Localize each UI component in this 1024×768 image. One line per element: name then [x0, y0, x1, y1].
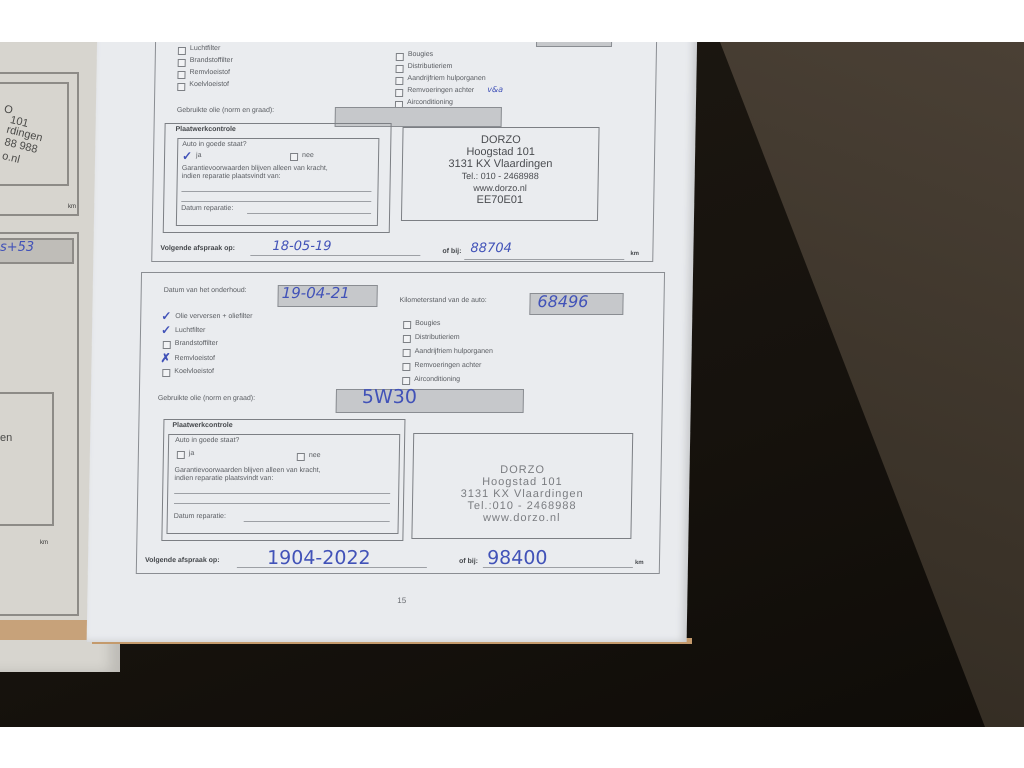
date-label-text: Datum van het onderhoud:	[164, 287, 247, 294]
repair-date-line	[247, 213, 371, 214]
left-stamp-fragment: en	[0, 432, 12, 445]
stamp-city: 3131 KX Vlaardingen	[413, 488, 631, 500]
stamp-phone: Tel.:010 - 2468988	[413, 500, 631, 512]
or-at-value: 98400	[487, 547, 548, 569]
stamp-dorzo-bottom: DORZO Hoogstad 101 3131 KX Vlaardingen T…	[413, 464, 632, 524]
stamp-street: Hoogstad 101	[413, 476, 631, 488]
checkbox-distributieriem[interactable]	[403, 335, 411, 343]
body-check-inner: Auto in goede staat? ✓ ja nee Garantievo…	[176, 138, 380, 226]
stamp-web: www.dorzo.nl	[402, 182, 597, 194]
stamp-name: DORZO	[413, 464, 631, 476]
label-koelvloeistof: Koelvloeistof	[174, 368, 214, 375]
checkbox-brandstoffilter[interactable]	[163, 341, 171, 349]
label-brandstoffilter: Brandstoffilter	[190, 57, 233, 64]
body-check-question: Auto in goede staat?	[175, 437, 239, 444]
warranty-text: indien reparatie plaatsvindt van:	[182, 173, 281, 180]
label-ja: ja	[196, 152, 202, 159]
km-unit: km	[630, 251, 639, 257]
checkbox-aandrijfriem[interactable]	[395, 77, 403, 85]
repair-line	[174, 493, 390, 494]
checkmark-icon: ✗	[160, 351, 170, 365]
right-page: Luchtfilter Brandstoffilter Remvloeistof…	[87, 42, 698, 642]
left-stamp-box-2	[0, 392, 54, 526]
label-bougies: Bougies	[415, 320, 440, 327]
repair-date-label: Datum reparatie:	[174, 513, 226, 520]
body-check-box-top: Plaatwerkcontrole Auto in goede staat? ✓…	[163, 123, 392, 233]
body-check-question: Auto in goede staat?	[182, 141, 246, 148]
checkmark-icon: ✓	[161, 309, 171, 323]
photo: O 101 rdingen 88 988 o.nl km s+53 en km …	[0, 42, 1024, 727]
warranty-text: indien reparatie plaatsvindt van:	[174, 475, 273, 482]
remvoeringen-note: v&a	[487, 85, 503, 94]
date-value: 19-04-21	[282, 284, 350, 302]
label-remvloeistof: Remvloeistof	[174, 355, 215, 362]
oil-value: 5W30	[362, 386, 417, 408]
date-label: Datum van het onderhoud:	[164, 287, 247, 295]
checkbox-nee[interactable]	[297, 453, 305, 461]
checkmark-icon: ✓	[161, 323, 171, 337]
repair-date-line	[244, 521, 390, 522]
km-field-top[interactable]	[536, 42, 612, 47]
stamp-box-top: DORZO Hoogstad 101 3131 KX Vlaardingen T…	[401, 127, 600, 221]
checkbox-remvloeistof[interactable]	[177, 71, 185, 79]
next-appointment-value: 1904-2022	[267, 547, 371, 569]
stamp-code: EE70E01	[402, 194, 597, 206]
odometer-label: Kilometerstand van de auto:	[399, 297, 486, 304]
label-airconditioning: Airconditioning	[414, 376, 460, 383]
body-check-title: Plaatwerkcontrole	[172, 422, 232, 429]
label-airconditioning: Airconditioning	[407, 99, 453, 106]
checkbox-bougies[interactable]	[396, 53, 404, 61]
checkbox-airconditioning[interactable]	[402, 377, 410, 385]
warranty-text: Garantievoorwaarden blijven alleen van k…	[175, 467, 321, 474]
checkbox-remvoeringen[interactable]	[395, 89, 403, 97]
checkbox-nee[interactable]	[290, 153, 298, 161]
label-koelvloeistof: Koelvloeistof	[189, 81, 229, 88]
stamp-phone: Tel.: 010 - 2468988	[403, 170, 598, 182]
next-appointment-label: Volgende afspraak op:	[160, 245, 235, 252]
odometer-value: 68496	[537, 292, 588, 311]
checkbox-luchtfilter[interactable]	[178, 47, 186, 55]
or-at-label: of bij:	[459, 558, 478, 565]
checkbox-koelvloeistof[interactable]	[162, 369, 170, 377]
service-entry-top: Luchtfilter Brandstoffilter Remvloeistof…	[151, 42, 657, 262]
service-entry-bottom: Datum van het onderhoud: 19-04-21 Kilome…	[136, 272, 665, 574]
label-remvoeringen: Remvoeringen achter	[407, 87, 474, 94]
label-aandrijfriem: Aandrijfriem hulporganen	[415, 348, 493, 355]
left-km-label: km	[68, 204, 76, 210]
repair-line	[181, 191, 371, 192]
checkmark-icon: ✓	[182, 149, 192, 163]
or-at-label: of bij:	[442, 248, 461, 255]
checkbox-aandrijfriem[interactable]	[403, 349, 411, 357]
label-luchtfilter: Luchtfilter	[175, 327, 205, 334]
km-unit: km	[635, 560, 644, 566]
stamp-dorzo-top: DORZO Hoogstad 101 3131 KX Vlaardingen T…	[402, 134, 598, 206]
page-number: 15	[397, 596, 406, 605]
repair-line	[181, 201, 371, 202]
body-check-box-bottom: Plaatwerkcontrole Auto in goede staat? j…	[161, 419, 405, 541]
left-handwriting: s+53	[0, 240, 34, 255]
label-nee: nee	[309, 452, 321, 459]
checkbox-koelvloeistof[interactable]	[177, 83, 185, 91]
warranty-text: Garantievoorwaarden blijven alleen van k…	[182, 165, 328, 172]
stamp-box-bottom: DORZO Hoogstad 101 3131 KX Vlaardingen T…	[411, 433, 633, 539]
repair-line	[174, 503, 390, 504]
label-aandrijfriem: Aandrijfriem hulporganen	[407, 75, 485, 82]
label-bougies: Bougies	[408, 51, 433, 58]
next-appointment-line	[250, 255, 420, 256]
oil-label-top: Gebruikte olie (norm en graad):	[177, 107, 274, 114]
body-check-inner: Auto in goede staat? ja nee Garantievoor…	[166, 434, 400, 534]
next-appointment-value: 18-05-19	[272, 239, 331, 254]
label-brandstoffilter: Brandstoffilter	[175, 340, 218, 347]
stamp-web: www.dorzo.nl	[413, 512, 631, 524]
body-check-title: Plaatwerkcontrole	[175, 126, 235, 133]
checkbox-bougies[interactable]	[403, 321, 411, 329]
label-distributieriem: Distributieriem	[415, 334, 460, 341]
label-luchtfilter: Luchtfilter	[190, 45, 220, 52]
stamp-city: 3131 KX Vlaardingen	[403, 158, 598, 170]
checkbox-ja[interactable]	[177, 451, 185, 459]
stamp-street: Hoogstad 101	[403, 146, 598, 158]
label-ja: ja	[189, 450, 195, 457]
label-remvloeistof: Remvloeistof	[189, 69, 230, 76]
or-at-line	[464, 259, 624, 260]
checkbox-distributieriem[interactable]	[396, 65, 404, 73]
stamp-name: DORZO	[403, 134, 598, 146]
checkbox-remvoeringen[interactable]	[402, 363, 410, 371]
next-appointment-label: Volgende afspraak op:	[145, 557, 220, 564]
checkbox-brandstoffilter[interactable]	[178, 59, 186, 67]
label-distributieriem: Distributieriem	[408, 63, 453, 70]
or-at-value: 88704	[470, 241, 512, 256]
label-olie-verversen: Olie verversen + oliefilter	[175, 313, 252, 320]
oil-label-bottom: Gebruikte olie (norm en graad):	[158, 395, 255, 402]
label-nee: nee	[302, 152, 314, 159]
left-km-label: km	[40, 540, 48, 546]
repair-date-label: Datum reparatie:	[181, 205, 233, 212]
label-remvoeringen: Remvoeringen achter	[414, 362, 481, 369]
